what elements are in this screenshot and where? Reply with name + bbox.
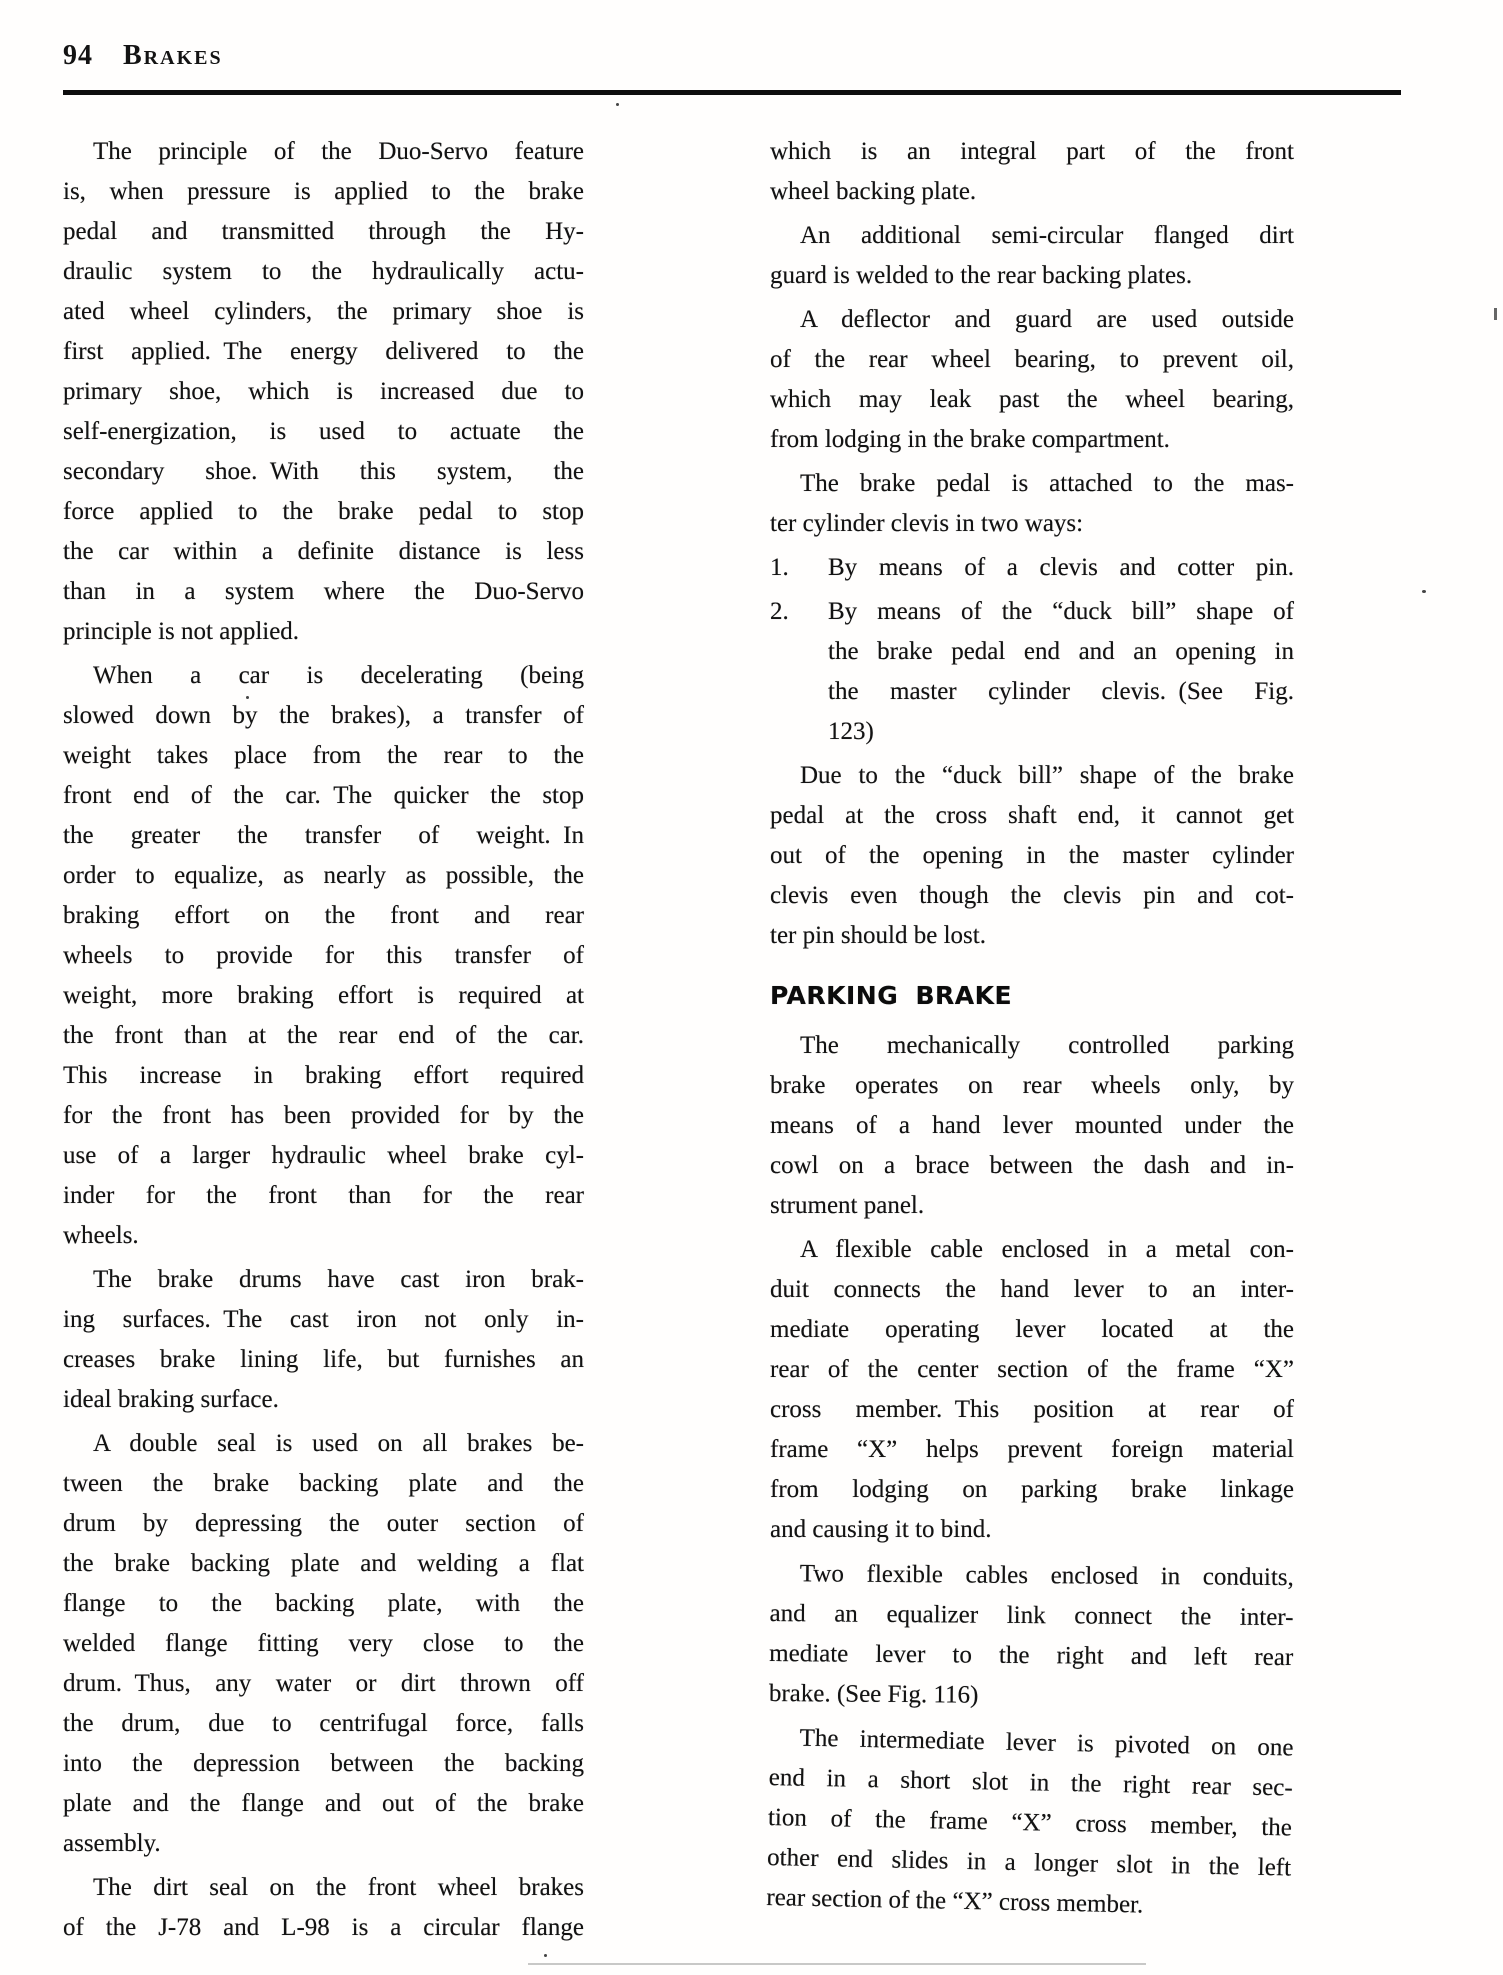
paragraph: An additional semi-circular flanged dirt…	[770, 216, 1294, 296]
scan-edge-mark	[1494, 308, 1497, 320]
text-line: assembly.	[63, 1824, 584, 1864]
paragraph: Two flexible cables enclosed in conduits…	[769, 1554, 1294, 1718]
text-line: slowed down by the brakes), a transfer o…	[63, 696, 584, 736]
text-line: of the J-78 and L-98 is a circular flang…	[63, 1908, 584, 1948]
text-line: order to equalize, as nearly as possible…	[63, 856, 584, 896]
text-line: which is an integral part of the front	[770, 132, 1294, 172]
text-line: inder for the front than for the rear	[63, 1176, 584, 1216]
text-line: the drum, due to centrifugal force, fall…	[63, 1704, 584, 1744]
paragraph: Due to the “duck bill” shape of the brak…	[770, 756, 1294, 956]
paragraph: A deflector and guard are used outsideof…	[770, 300, 1294, 460]
text-line: self-energization, is used to actuate th…	[63, 412, 584, 452]
text-column-right: which is an integral part of the frontwh…	[770, 132, 1294, 1918]
text-line: plate and the flange and out of the brak…	[63, 1784, 584, 1824]
text-line: out of the opening in the master cylinde…	[770, 836, 1294, 876]
paragraph: The mechanically controlled parkingbrake…	[770, 1026, 1294, 1226]
text-line: clevis even though the clevis pin and co…	[770, 876, 1294, 916]
text-line: pedal at the cross shaft end, it cannot …	[770, 796, 1294, 836]
text-line: 123)	[828, 712, 1294, 752]
scan-bottom-line	[528, 1963, 1146, 1965]
scan-speck	[1422, 590, 1426, 593]
text-line: ated wheel cylinders, the primary shoe i…	[63, 292, 584, 332]
page-header: 94Brakes	[63, 40, 223, 72]
text-line: duit connects the hand lever to an inter…	[770, 1270, 1294, 1310]
text-line: The brake pedal is attached to the mas-	[770, 464, 1294, 504]
text-line: is, when pressure is applied to the brak…	[63, 172, 584, 212]
text-line: When a car is decelerating (being	[63, 656, 584, 696]
text-line: The principle of the Duo-Servo feature	[63, 132, 584, 172]
paragraph: The principle of the Duo-Servo featureis…	[63, 132, 584, 652]
text-line: the greater the transfer of weight. In	[63, 816, 584, 856]
text-line: rear of the center section of the frame …	[770, 1350, 1294, 1390]
text-line: weight takes place from the rear to the	[63, 736, 584, 776]
list-item-number: 2.	[770, 592, 828, 752]
paragraph: The intermediate lever is pivoted on one…	[766, 1718, 1294, 1928]
list-item: 1.By means of a clevis and cotter pin.	[770, 548, 1294, 588]
page-number: 94	[63, 40, 93, 71]
paragraph: The brake pedal is attached to the mas-t…	[770, 464, 1294, 544]
text-line: cowl on a brace between the dash and in-	[770, 1146, 1294, 1186]
text-line: pedal and transmitted through the Hy-	[63, 212, 584, 252]
text-line: and an equalizer link connect the inter-	[769, 1594, 1293, 1638]
paragraph: The dirt seal on the front wheel brakeso…	[63, 1868, 584, 1948]
section-heading: PARKING BRAKE	[770, 976, 1294, 1016]
text-line: use of a larger hydraulic wheel brake cy…	[63, 1136, 584, 1176]
text-line: The mechanically controlled parking	[770, 1026, 1294, 1066]
text-line: wheel backing plate.	[770, 172, 1294, 212]
text-line: force applied to the brake pedal to stop	[63, 492, 584, 532]
text-line: ideal braking surface.	[63, 1380, 584, 1420]
paragraph: When a car is decelerating (beingslowed …	[63, 656, 584, 1256]
text-line: An additional semi-circular flanged dirt	[770, 216, 1294, 256]
text-line: secondary shoe. With this system, the	[63, 452, 584, 492]
text-line: creases brake lining life, but furnishes…	[63, 1340, 584, 1380]
text-line: drum. Thus, any water or dirt thrown off	[63, 1664, 584, 1704]
text-line: weight, more braking effort is required …	[63, 976, 584, 1016]
text-line: A double seal is used on all brakes be-	[63, 1424, 584, 1464]
text-line: Two flexible cables enclosed in conduits…	[770, 1554, 1294, 1598]
paragraph: which is an integral part of the frontwh…	[770, 132, 1294, 212]
scan-speck	[544, 1954, 547, 1957]
header-rule	[63, 90, 1401, 95]
paragraph: A double seal is used on all brakes be-t…	[63, 1424, 584, 1864]
text-line: brake operates on rear wheels only, by	[770, 1066, 1294, 1106]
text-line: ter cylinder clevis in two ways:	[770, 504, 1294, 544]
text-line: of the rear wheel bearing, to prevent oi…	[770, 340, 1294, 380]
list-item: 2.By means of the “duck bill” shape ofth…	[770, 592, 1294, 752]
text-line: The brake drums have cast iron brak-	[63, 1260, 584, 1300]
text-line: from lodging in the brake compartment.	[770, 420, 1294, 460]
text-line: for the front has been provided for by t…	[63, 1096, 584, 1136]
text-line: ter pin should be lost.	[770, 916, 1294, 956]
text-line: the brake pedal end and an opening in	[828, 632, 1294, 672]
text-line: braking effort on the front and rear	[63, 896, 584, 936]
section-title: Brakes	[123, 40, 223, 71]
text-line: strument panel.	[770, 1186, 1294, 1226]
text-line: front end of the car. The quicker the st…	[63, 776, 584, 816]
text-line: into the depression between the backing	[63, 1744, 584, 1784]
text-line: wheels.	[63, 1216, 584, 1256]
scan-speck	[246, 696, 249, 699]
text-line: primary shoe, which is increased due to	[63, 372, 584, 412]
text-line: means of a hand lever mounted under the	[770, 1106, 1294, 1146]
text-line: A flexible cable enclosed in a metal con…	[770, 1230, 1294, 1270]
scan-speck	[616, 103, 619, 106]
text-line: Due to the “duck bill” shape of the brak…	[770, 756, 1294, 796]
text-line: drum by depressing the outer section of	[63, 1504, 584, 1544]
text-line: principle is not applied.	[63, 612, 584, 652]
text-line: flange to the backing plate, with the	[63, 1584, 584, 1624]
text-line: cross member. This position at rear of	[770, 1390, 1294, 1430]
paragraph: A flexible cable enclosed in a metal con…	[770, 1230, 1294, 1550]
text-line: which may leak past the wheel bearing,	[770, 380, 1294, 420]
text-line: brake. (See Fig. 116)	[769, 1674, 1293, 1718]
text-line: By means of a clevis and cotter pin.	[828, 548, 1294, 588]
text-line: the brake backing plate and welding a fl…	[63, 1544, 584, 1584]
text-line: first applied. The energy delivered to t…	[63, 332, 584, 372]
text-line: the master cylinder clevis. (See Fig.	[828, 672, 1294, 712]
text-line: A deflector and guard are used outside	[770, 300, 1294, 340]
text-line: mediate operating lever located at the	[770, 1310, 1294, 1350]
text-line: tween the brake backing plate and the	[63, 1464, 584, 1504]
text-line: frame “X” helps prevent foreign material	[770, 1430, 1294, 1470]
text-column-left: The principle of the Duo-Servo featureis…	[63, 132, 584, 1948]
text-line: than in a system where the Duo-Servo	[63, 572, 584, 612]
text-line: wheels to provide for this transfer of	[63, 936, 584, 976]
text-line: mediate lever to the right and left rear	[769, 1634, 1293, 1678]
text-line: draulic system to the hydraulically actu…	[63, 252, 584, 292]
text-line: The dirt seal on the front wheel brakes	[63, 1868, 584, 1908]
text-line: from lodging on parking brake linkage	[770, 1470, 1294, 1510]
text-line: welded flange fitting very close to the	[63, 1624, 584, 1664]
text-line: By means of the “duck bill” shape of	[828, 592, 1294, 632]
text-line: and causing it to bind.	[770, 1510, 1294, 1550]
text-line: ing surfaces. The cast iron not only in-	[63, 1300, 584, 1340]
text-line: the car within a definite distance is le…	[63, 532, 584, 572]
text-line: the front than at the rear end of the ca…	[63, 1016, 584, 1056]
paragraph: The brake drums have cast iron brak-ing …	[63, 1260, 584, 1420]
text-line: This increase in braking effort required	[63, 1056, 584, 1096]
list-item-number: 1.	[770, 548, 828, 588]
text-line: guard is welded to the rear backing plat…	[770, 256, 1294, 296]
manual-page: 94Brakes The principle of the Duo-Servo …	[0, 0, 1503, 1975]
